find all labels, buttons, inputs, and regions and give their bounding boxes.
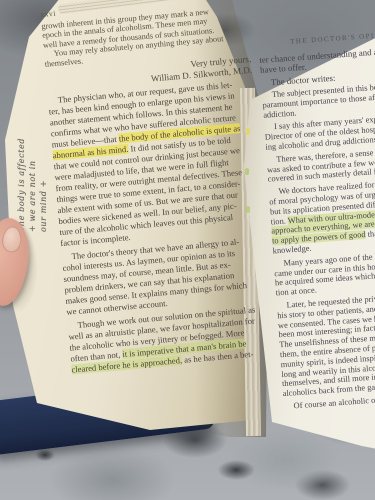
running-head: THE DOCTOR'S OPINION (138, 0, 245, 2)
text-segment: addiction. (263, 108, 297, 119)
left-page-body: growth inherent in this group they may m… (41, 4, 277, 376)
page-number: xxvi (40, 9, 56, 19)
photo-of-open-book: xxvi THE DOCTOR'S OPINION growth inheren… (0, 0, 375, 500)
handwritten-margin-note: The body is affected + we are not in our… (16, 138, 49, 232)
left-page-text: xxvi THE DOCTOR'S OPINION growth inheren… (40, 0, 277, 376)
text-segment: The doctor writes: (271, 73, 336, 87)
text-segment: have to offer. (260, 62, 307, 75)
margin-note-line: our mind + (38, 138, 49, 232)
margin-note-line: The body is affected (16, 138, 27, 232)
margin-note-line: + we are not in (27, 138, 38, 232)
text-segment: tion at once. (275, 286, 317, 298)
text-segment: knowledge. (272, 244, 311, 256)
text-segment: themselves. (44, 56, 83, 68)
text-segment: tion. (270, 216, 288, 226)
thumbnail-fingernail (1, 225, 23, 253)
